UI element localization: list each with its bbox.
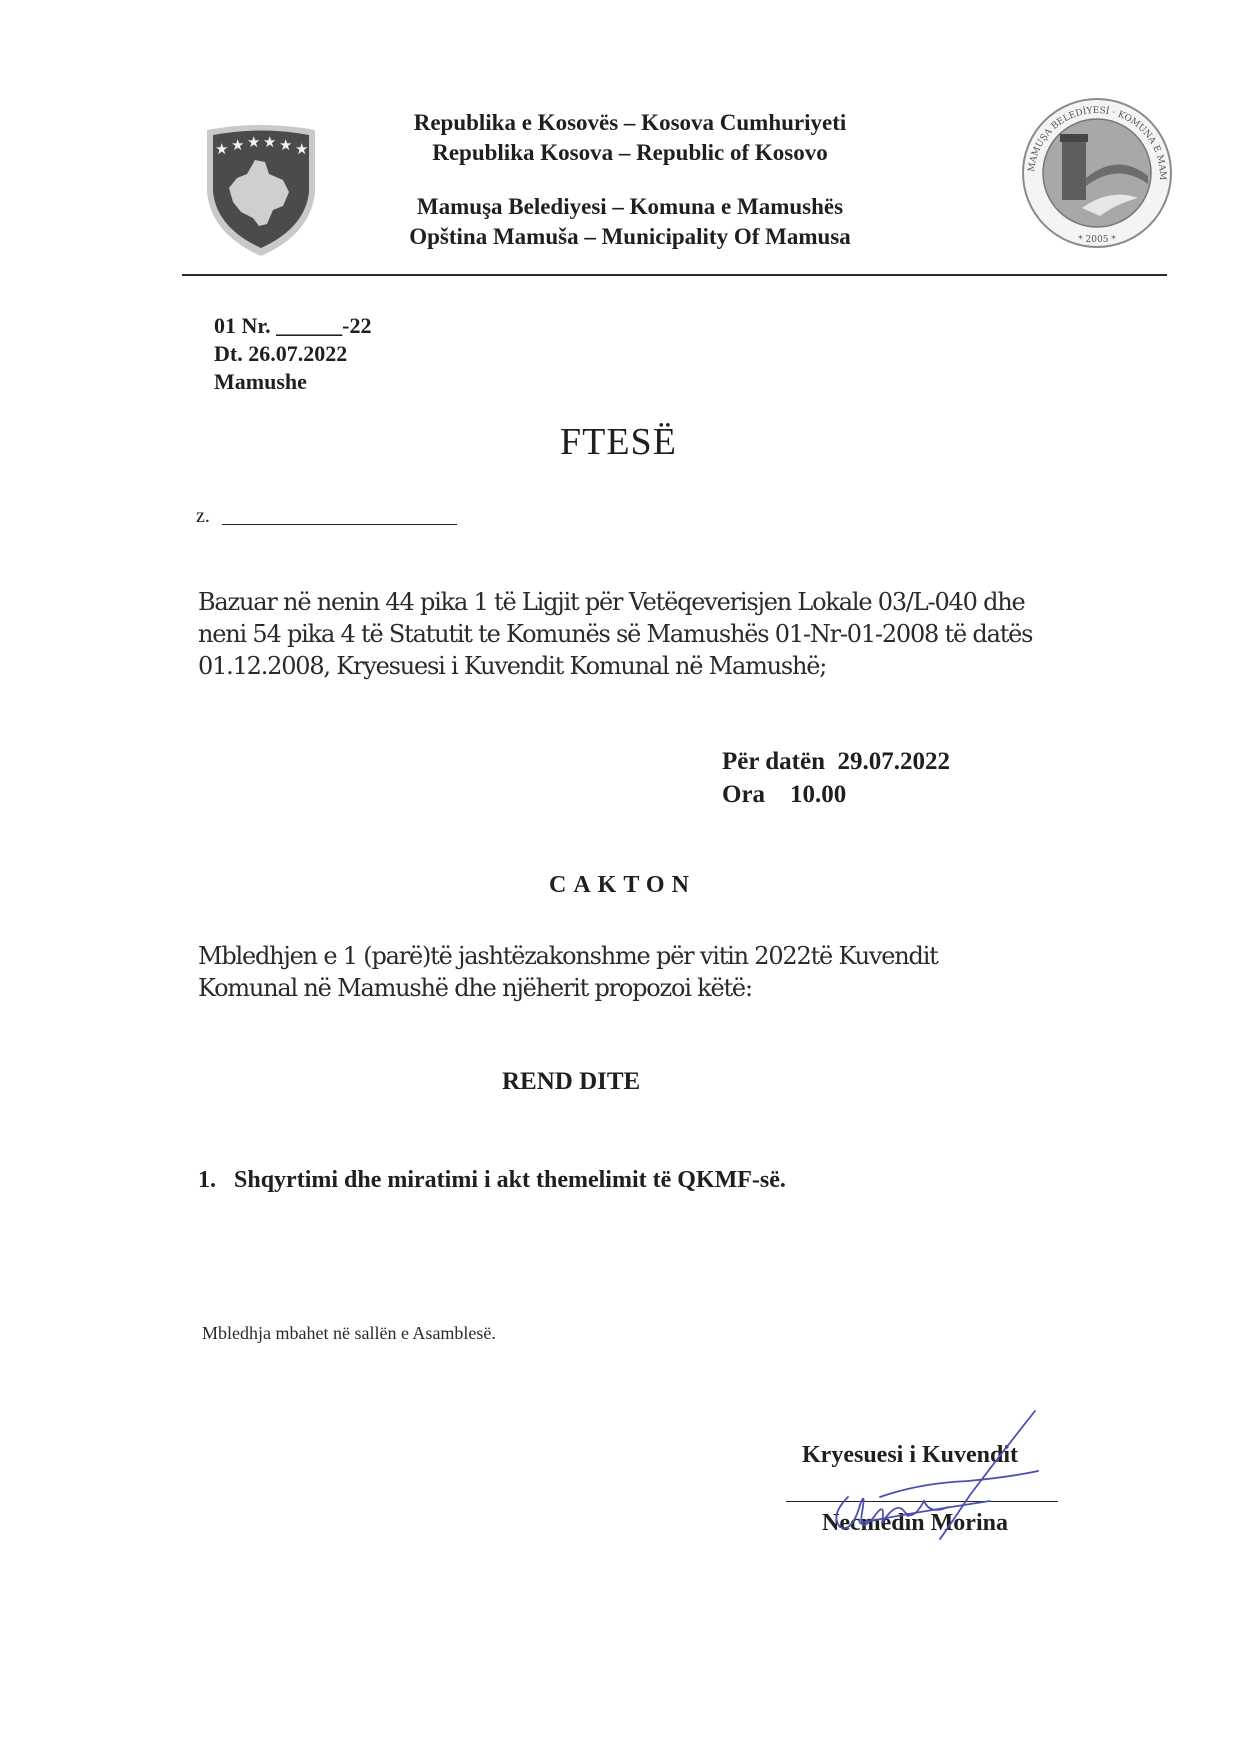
agenda-item-number: 1.: [198, 1167, 234, 1194]
handwritten-signature-icon: [800, 1405, 1070, 1545]
agenda-heading: REND DITE: [502, 1068, 640, 1096]
intro-line-1: Bazuar në nenin 44 pika 1 të Ligjit për …: [198, 586, 1098, 618]
reference-place: Mamushe: [214, 368, 307, 396]
svg-text:★: ★: [263, 133, 276, 151]
location-note: Mbledhja mbahet në sallën e Asamblesë.: [202, 1323, 496, 1344]
meeting-date-value: 29.07.2022: [838, 748, 951, 775]
svg-text:★: ★: [247, 133, 260, 151]
decision-line-2: Komunal në Mamushë dhe njëherit propozoi…: [198, 972, 1098, 1004]
reference-number: 01 Nr. ______-22: [214, 312, 371, 340]
reference-date: Dt. 26.07.2022: [214, 340, 347, 368]
addressee-label: z.: [196, 505, 210, 528]
agenda-item-text: Shqyrtimi dhe miratimi i akt themelimit …: [234, 1167, 786, 1193]
seal-year: * 2005 *: [1078, 235, 1116, 245]
header-line-4: Opština Mamuša – Municipality Of Mamusa: [330, 222, 930, 252]
header-divider: [182, 274, 1167, 276]
addressee-blank-line: [222, 524, 457, 525]
svg-text:★: ★: [231, 136, 244, 154]
municipality-seal-icon: MAMUŞA BELEDİYESİ · KOMUNA E MAMUSHËS · …: [1020, 96, 1175, 251]
header-line-2: Republika Kosova – Republic of Kosovo: [330, 138, 930, 168]
decision-line-1: Mbledhjen e 1 (parë)të jashtëzakonshme p…: [198, 940, 1098, 972]
intro-line-3: 01.12.2008, Kryesuesi i Kuvendit Komunal…: [198, 650, 1098, 682]
header-line-1: Republika e Kosovës – Kosova Cumhuriyeti: [330, 108, 930, 138]
decision-paragraph: Mbledhjen e 1 (parë)të jashtëzakonshme p…: [198, 940, 1098, 1004]
meeting-date-label: Për datën: [722, 748, 825, 775]
svg-text:★: ★: [215, 140, 228, 158]
meeting-time-value: 10.00: [790, 781, 846, 808]
meeting-date: Për datën 29.07.2022: [722, 745, 950, 778]
svg-text:★: ★: [295, 140, 308, 158]
intro-paragraph: Bazuar në nenin 44 pika 1 të Ligjit për …: [198, 586, 1098, 682]
agenda-item: 1.Shqyrtimi dhe miratimi i akt themelimi…: [198, 1167, 786, 1194]
intro-line-2: neni 54 pika 4 të Statutit te Komunës së…: [198, 618, 1098, 650]
decision-heading: CAKTON: [549, 872, 696, 899]
kosovo-emblem-icon: ★★★ ★★★: [203, 122, 319, 258]
document-title: FTESË: [560, 420, 677, 464]
meeting-time-label: Ora: [722, 781, 765, 808]
header-line-3: Mamuşa Belediyesi – Komuna e Mamushës: [330, 192, 930, 222]
meeting-time: Ora 10.00: [722, 778, 846, 811]
svg-text:★: ★: [279, 136, 292, 154]
